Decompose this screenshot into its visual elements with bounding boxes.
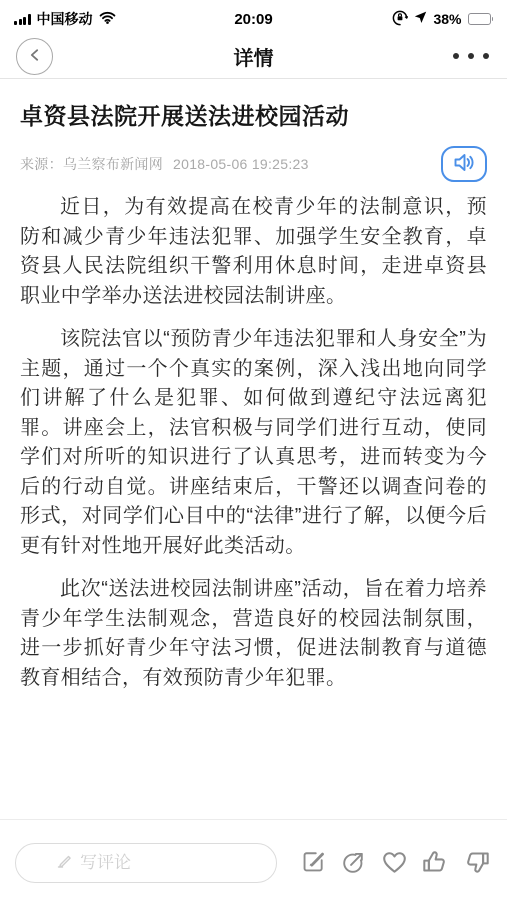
orientation-lock-icon bbox=[392, 10, 408, 29]
comment-compose-icon bbox=[301, 849, 327, 878]
battery-icon bbox=[468, 13, 494, 25]
wifi-icon bbox=[99, 11, 116, 27]
location-arrow-icon bbox=[414, 11, 427, 27]
article-body: 近日，为有效提高在校青少年的法制意识，预防和减少青少年违法犯罪、加强学生安全教育… bbox=[20, 193, 487, 693]
speaker-icon bbox=[452, 153, 476, 175]
article-paragraph: 近日，为有效提高在校青少年的法制意识，预防和减少青少年违法犯罪、加强学生安全教育… bbox=[20, 193, 487, 311]
text-to-speech-button[interactable] bbox=[441, 146, 487, 182]
thumbs-down-icon bbox=[463, 849, 491, 878]
article-paragraph: 此次“送法进校园法制讲座”活动，旨在着力培养青少年学生法制观念，营造良好的校园法… bbox=[20, 575, 487, 693]
source-name: 乌兰察布新闻网 bbox=[63, 156, 163, 172]
comment-input-pill[interactable] bbox=[15, 843, 277, 883]
heart-icon bbox=[381, 849, 408, 878]
favorite-button[interactable] bbox=[379, 847, 410, 880]
back-button[interactable] bbox=[16, 38, 53, 75]
nav-bar: 详情 bbox=[0, 34, 507, 79]
article-detail: 卓资县法院开展送法进校园活动 来源：乌兰察布新闻网2018-05-06 19:2… bbox=[0, 101, 507, 693]
more-ellipsis-icon bbox=[453, 53, 489, 59]
status-bar-left: 中国移动 bbox=[14, 9, 116, 29]
publish-timestamp: 2018-05-06 19:25:23 bbox=[173, 156, 309, 172]
source-label: 来源： bbox=[20, 156, 63, 172]
article-title: 卓资县法院开展送法进校园活动 bbox=[20, 101, 487, 132]
carrier-label: 中国移动 bbox=[37, 9, 93, 29]
toolbar-actions bbox=[299, 847, 495, 880]
bottom-toolbar bbox=[0, 819, 507, 900]
share-button[interactable] bbox=[339, 847, 369, 880]
thumbs-up-button[interactable] bbox=[419, 847, 451, 880]
cellular-signal-icon bbox=[14, 14, 31, 25]
article-paragraph: 该院法官以“预防青少年违法犯罪和人身安全”为主题，通过一个个真实的案例，深入浅出… bbox=[20, 325, 487, 561]
thumbs-down-button[interactable] bbox=[461, 847, 493, 880]
more-button[interactable] bbox=[451, 45, 491, 67]
status-bar: 中国移动 20:09 38% bbox=[0, 0, 507, 34]
battery-percent-label: 38% bbox=[433, 11, 461, 27]
pencil-icon bbox=[56, 852, 78, 874]
page-title: 详情 bbox=[0, 42, 507, 71]
source-row: 来源：乌兰察布新闻网2018-05-06 19:25:23 bbox=[20, 146, 487, 182]
thumbs-up-icon bbox=[421, 849, 449, 878]
share-icon bbox=[341, 849, 367, 878]
comments-button[interactable] bbox=[299, 847, 329, 880]
source-meta: 来源：乌兰察布新闻网2018-05-06 19:25:23 bbox=[20, 154, 309, 174]
back-chevron-icon bbox=[27, 47, 43, 66]
comment-input[interactable] bbox=[78, 852, 276, 874]
status-bar-right: 38% bbox=[392, 10, 493, 29]
